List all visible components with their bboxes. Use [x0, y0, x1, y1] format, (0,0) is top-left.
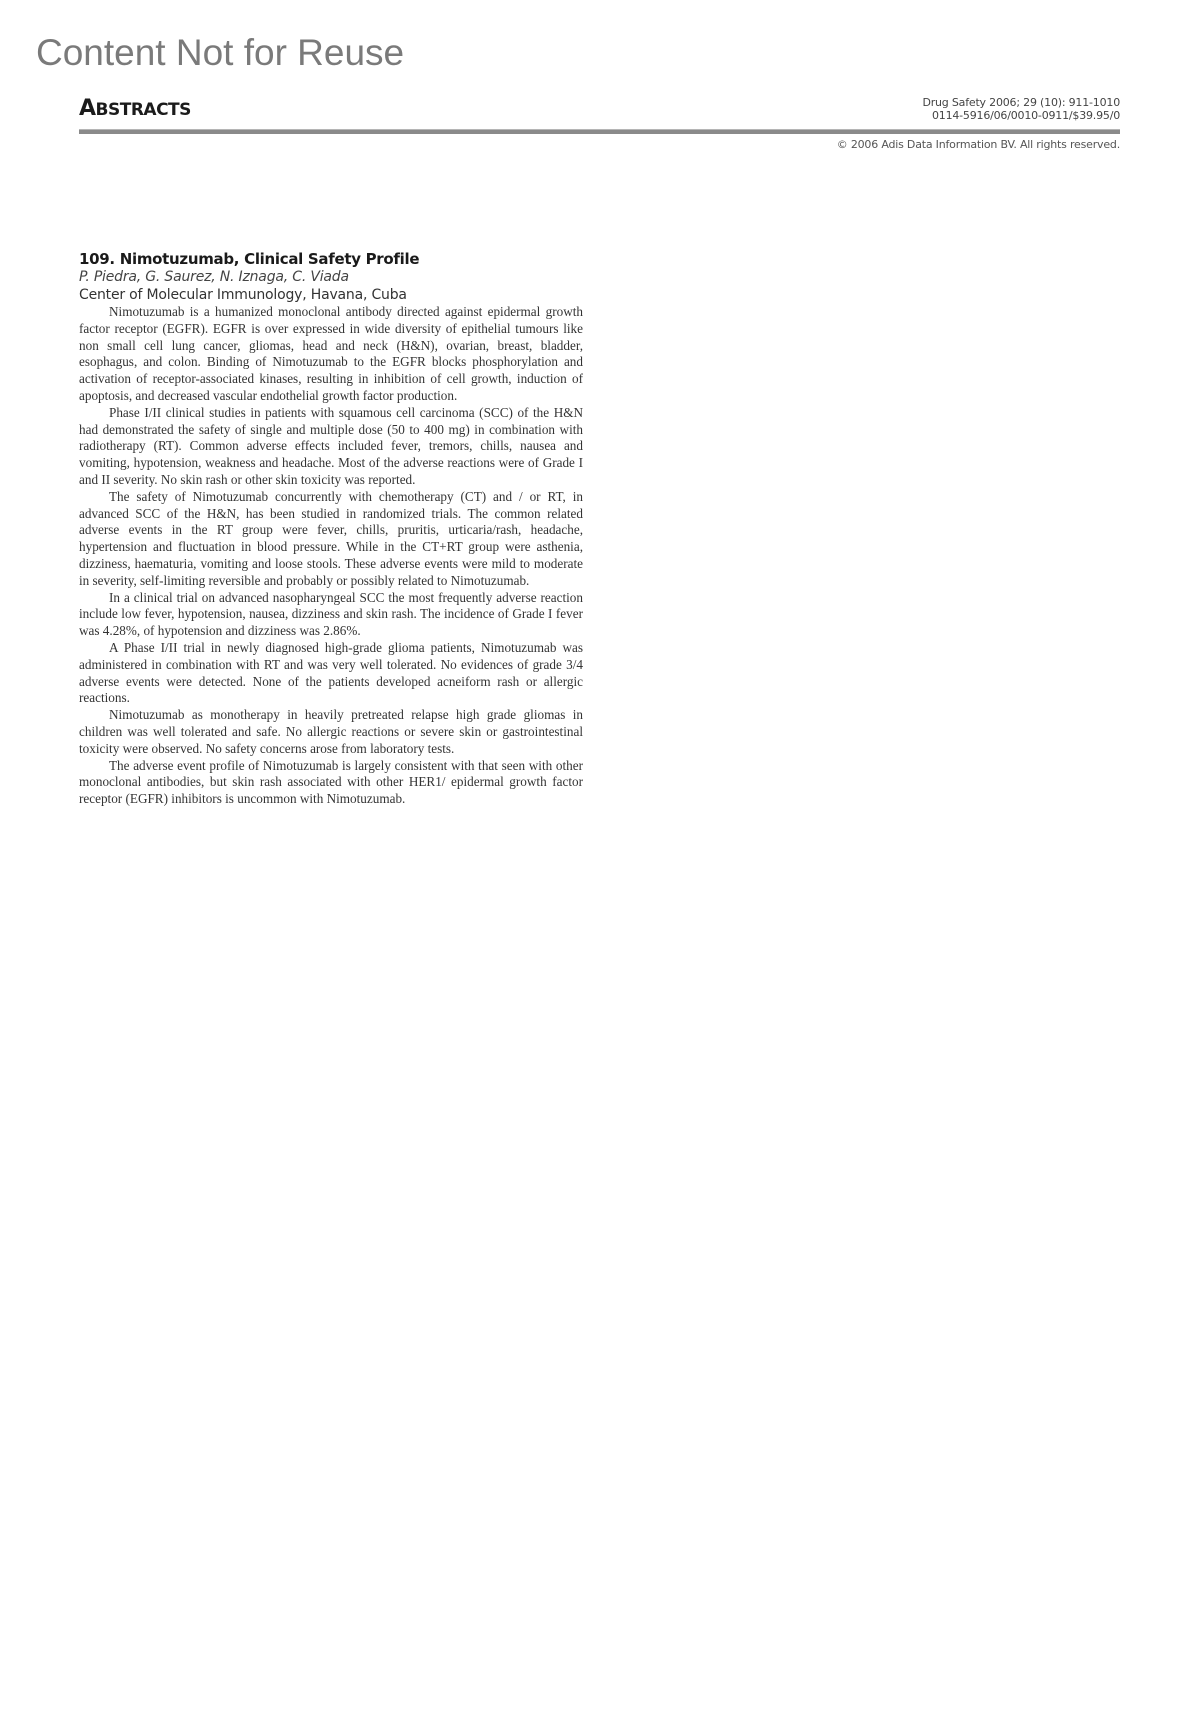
section-title-rest: BSTRACTS — [96, 100, 191, 120]
copyright-notice: © 2006 Adis Data Information BV. All rig… — [837, 138, 1120, 151]
journal-info: Drug Safety 2006; 29 (10): 911-1010 0114… — [922, 96, 1120, 122]
watermark: Content Not for Reuse — [36, 34, 404, 71]
section-title-initial: A — [79, 96, 96, 121]
header-rule — [79, 129, 1120, 134]
abstract-paragraph: In a clinical trial on advanced nasophar… — [79, 590, 583, 640]
abstract-paragraph: The adverse event profile of Nimotuzumab… — [79, 758, 583, 808]
abstract-paragraph: Nimotuzumab is a humanized monoclonal an… — [79, 304, 583, 405]
abstract-title: 109. Nimotuzumab, Clinical Safety Profil… — [79, 250, 583, 268]
abstract-body: Nimotuzumab is a humanized monoclonal an… — [79, 304, 583, 808]
abstract-paragraph: Nimotuzumab as monotherapy in heavily pr… — [79, 707, 583, 757]
journal-code: 0114-5916/06/0010-0911/$39.95/0 — [922, 109, 1120, 122]
abstract-affiliation: Center of Molecular Immunology, Havana, … — [79, 286, 583, 304]
abstract-paragraph: The safety of Nimotuzumab concurrently w… — [79, 489, 583, 590]
journal-citation: Drug Safety 2006; 29 (10): 911-1010 — [922, 96, 1120, 109]
abstract-paragraph: A Phase I/II trial in newly diagnosed hi… — [79, 640, 583, 707]
abstract: 109. Nimotuzumab, Clinical Safety Profil… — [79, 250, 583, 808]
abstract-authors: P. Piedra, G. Saurez, N. Iznaga, C. Viad… — [79, 268, 583, 286]
section-title: ABSTRACTS — [79, 98, 191, 120]
abstract-paragraph: Phase I/II clinical studies in patients … — [79, 405, 583, 489]
